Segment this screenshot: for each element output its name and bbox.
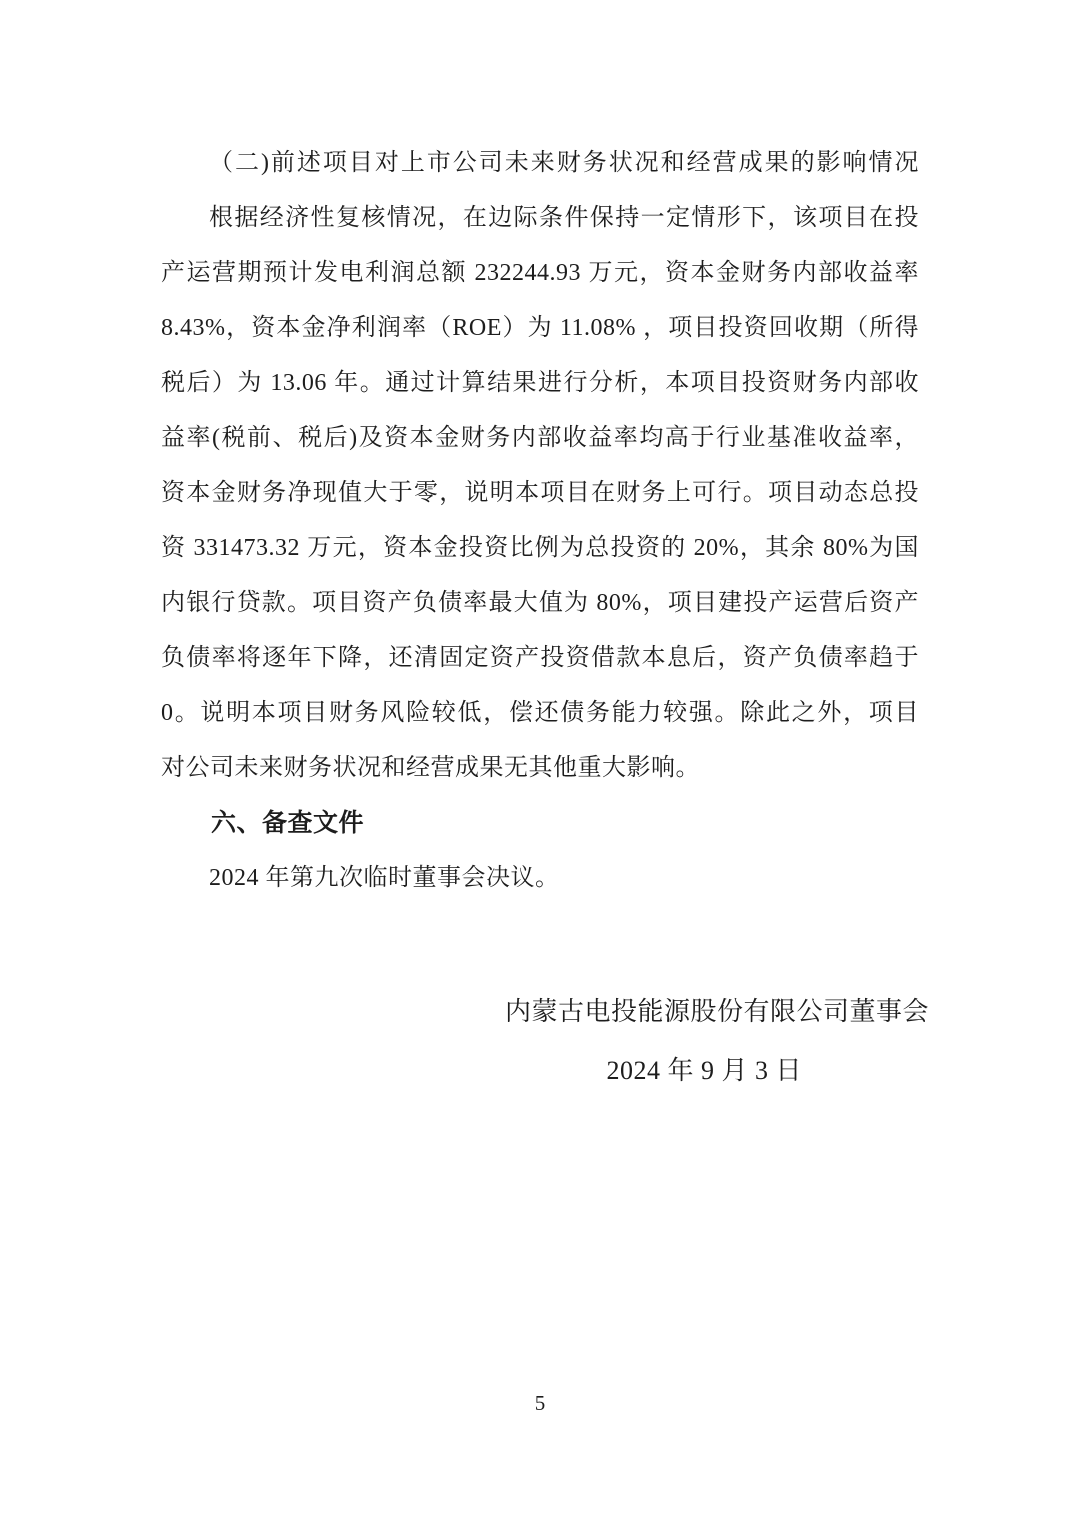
paragraph-line: 8.43%，资本金净利润率（ROE）为 11.08% ，项目投资回收期（所得: [161, 301, 919, 356]
section-2-heading: （二)前述项目对上市公司未来财务状况和经营成果的影响情况: [161, 136, 919, 191]
paragraph-line: 产运营期预计发电利润总额 232244.93 万元，资本金财务内部收益率: [161, 246, 919, 301]
reference-document-line: 2024 年第九次临时董事会决议。: [161, 851, 919, 906]
paragraph-line: 资 331473.32 万元，资本金投资比例为总投资的 20%，其余 80%为国: [161, 521, 919, 576]
paragraph-line: 内银行贷款。项目资产负债率最大值为 80%，项目建投产运营后资产: [161, 576, 919, 631]
main-paragraph: 根据经济性复核情况，在边际条件保持一定情形下，该项目在投产运营期预计发电利润总额…: [161, 191, 919, 796]
paragraph-line: 资本金财务净现值大于零，说明本项目在财务上可行。项目动态总投: [161, 466, 919, 521]
paragraph-line: 税后）为 13.06 年。通过计算结果进行分析，本项目投资财务内部收: [161, 356, 919, 411]
document-body: （二)前述项目对上市公司未来财务状况和经营成果的影响情况 根据经济性复核情况，在…: [161, 136, 919, 1098]
paragraph-line: 根据经济性复核情况，在边际条件保持一定情形下，该项目在投: [161, 191, 919, 246]
signature-company-board: 内蒙古电投能源股份有限公司董事会: [161, 984, 929, 1039]
paragraph-line: 对公司未来财务状况和经营成果无其他重大影响。: [161, 741, 919, 796]
document-page: （二)前述项目对上市公司未来财务状况和经营成果的影响情况 根据经济性复核情况，在…: [0, 0, 1080, 1527]
signature-date: 2024 年 9 月 3 日: [161, 1043, 802, 1098]
page-number: 5: [0, 1388, 1080, 1418]
paragraph-line: 0。说明本项目财务风险较低，偿还债务能力较强。除此之外，项目: [161, 686, 919, 741]
paragraph-line: 负债率将逐年下降，还清固定资产投资借款本息后，资产负债率趋于: [161, 631, 919, 686]
section-6-heading: 六、备查文件: [161, 796, 919, 851]
paragraph-line: 益率(税前、税后)及资本金财务内部收益率均高于行业基准收益率，: [161, 411, 919, 466]
